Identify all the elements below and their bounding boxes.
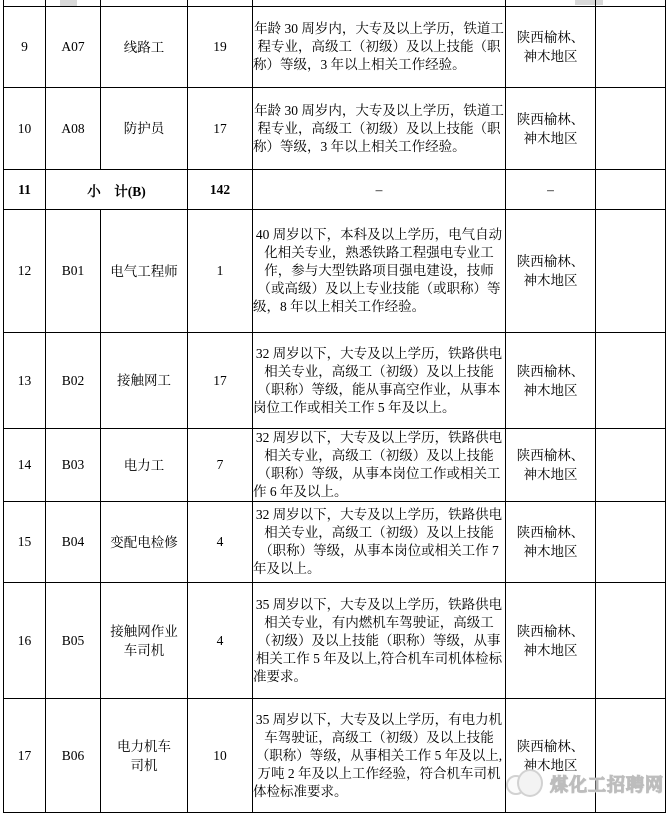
watermark: 煤化工招聘网 <box>506 768 664 800</box>
cell-row-number: 13 <box>4 333 46 429</box>
cell-requirements: 年龄 30 周岁内，大专及以上学历，铁道工程专业，高级工（初级）及以上技能（职称… <box>253 7 506 88</box>
cell-region: 陕西榆林、 神木地区 <box>506 583 596 699</box>
cell-position-name: 电力机车 司机 <box>101 699 188 813</box>
cell-requirements-dash: – <box>253 170 506 210</box>
cell-requirements: 年龄 30 周岁内，大专及以上学历，铁道工程专业，高级工（初级）及以上技能（职称… <box>253 88 506 170</box>
cell-remark-empty <box>596 170 666 210</box>
cell-requirements: 32 周岁以下，大专及以上学历，铁路供电相关专业，高级工（初级）及以上技能（职称… <box>253 429 506 502</box>
cell-job-code: A07 <box>46 7 101 88</box>
cell-position-name: 变配电检修 <box>101 502 188 583</box>
cell-headcount-total: 142 <box>188 170 253 210</box>
cell-position-name: 接触网作业 车司机 <box>101 583 188 699</box>
cell-job-code: B02 <box>46 333 101 429</box>
table-row-9: 9 A07 线路工 19 年龄 30 周岁内，大专及以上学历，铁道工程专业，高级… <box>4 7 666 88</box>
cell-headcount: 7 <box>188 429 253 502</box>
table-row-13: 13 B02 接触网工 17 32 周岁以下，大专及以上学历，铁路供电相关专业，… <box>4 333 666 429</box>
cell-remark-empty <box>596 210 666 333</box>
cell-job-code: A08 <box>46 88 101 170</box>
table-row-10: 10 A08 防护员 17 年龄 30 周岁内，大专及以上学历，铁道工程专业，高… <box>4 88 666 170</box>
cell-remark-empty <box>596 502 666 583</box>
cell-row-number: 12 <box>4 210 46 333</box>
cell-row-number: 15 <box>4 502 46 583</box>
cell-region-dash: – <box>506 170 596 210</box>
table-row-15: 15 B04 变配电检修 4 32 周岁以下，大专及以上学历，铁路供电相关专业，… <box>4 502 666 583</box>
cell-subtotal-label: 小 计(B) <box>46 170 188 210</box>
cell-region: 陕西榆林、 神木地区 <box>506 7 596 88</box>
cell-row-number: 17 <box>4 699 46 813</box>
job-positions-table: 9 A07 线路工 19 年龄 30 周岁内，大专及以上学历，铁道工程专业，高级… <box>3 0 666 813</box>
cell-headcount: 17 <box>188 88 253 170</box>
watermark-logo-icon <box>506 768 544 800</box>
cell-headcount: 10 <box>188 699 253 813</box>
cell-row-number: 9 <box>4 7 46 88</box>
cell-requirements: 32 周岁以下，大专及以上学历，铁路供电相关专业，高级工（初级）及以上技能（职称… <box>253 502 506 583</box>
cell-row-number: 11 <box>4 170 46 210</box>
cell-row-number: 16 <box>4 583 46 699</box>
cell-position-name: 接触网工 <box>101 333 188 429</box>
cell-region: 陕西榆林、 神木地区 <box>506 333 596 429</box>
cell-region: 陕西榆林、 神木地区 <box>506 210 596 333</box>
cell-row-number: 10 <box>4 88 46 170</box>
watermark-text: 煤化工招聘网 <box>550 771 664 797</box>
cell-requirements: 35 周岁以下，大专及以上学历，铁路供电相关专业，有内燃机车驾驶证，高级工（初级… <box>253 583 506 699</box>
table-row-12: 12 B01 电气工程师 1 40 周岁以下，本科及以上学历，电气自动化相关专业… <box>4 210 666 333</box>
table-row-16: 16 B05 接触网作业 车司机 4 35 周岁以下，大专及以上学历，铁路供电相… <box>4 583 666 699</box>
cell-position-name: 防护员 <box>101 88 188 170</box>
cell-row-number: 14 <box>4 429 46 502</box>
cell-region: 陕西榆林、 神木地区 <box>506 502 596 583</box>
cell-position-name: 电气工程师 <box>101 210 188 333</box>
cell-job-code: B01 <box>46 210 101 333</box>
table-row-subtotal-b: 11 小 计(B) 142 – – <box>4 170 666 210</box>
cell-remark-empty <box>596 429 666 502</box>
cell-job-code: B06 <box>46 699 101 813</box>
cell-remark-empty <box>596 583 666 699</box>
cell-requirements: 32 周岁以下，大专及以上学历，铁路供电相关专业，高级工（初级）及以上技能（职称… <box>253 333 506 429</box>
cell-headcount: 4 <box>188 583 253 699</box>
cell-headcount: 17 <box>188 333 253 429</box>
cell-region: 陕西榆林、 神木地区 <box>506 429 596 502</box>
cell-remark-empty <box>596 7 666 88</box>
cell-remark-empty <box>596 333 666 429</box>
cell-job-code: B03 <box>46 429 101 502</box>
cell-position-name: 电力工 <box>101 429 188 502</box>
cell-headcount: 19 <box>188 7 253 88</box>
cell-headcount: 1 <box>188 210 253 333</box>
cell-headcount: 4 <box>188 502 253 583</box>
cell-requirements: 40 周岁以下，本科及以上学历，电气自动化相关专业，熟悉铁路工程强电专业工作，参… <box>253 210 506 333</box>
cell-requirements: 35 周岁以下，大专及以上学历，有电力机车驾驶证，高级工（初级）及以上技能（职称… <box>253 699 506 813</box>
cell-job-code: B05 <box>46 583 101 699</box>
cell-position-name: 线路工 <box>101 7 188 88</box>
table-row-14: 14 B03 电力工 7 32 周岁以下，大专及以上学历，铁路供电相关专业，高级… <box>4 429 666 502</box>
cell-job-code: B04 <box>46 502 101 583</box>
cell-remark-empty <box>596 88 666 170</box>
cell-region: 陕西榆林、 神木地区 <box>506 88 596 170</box>
